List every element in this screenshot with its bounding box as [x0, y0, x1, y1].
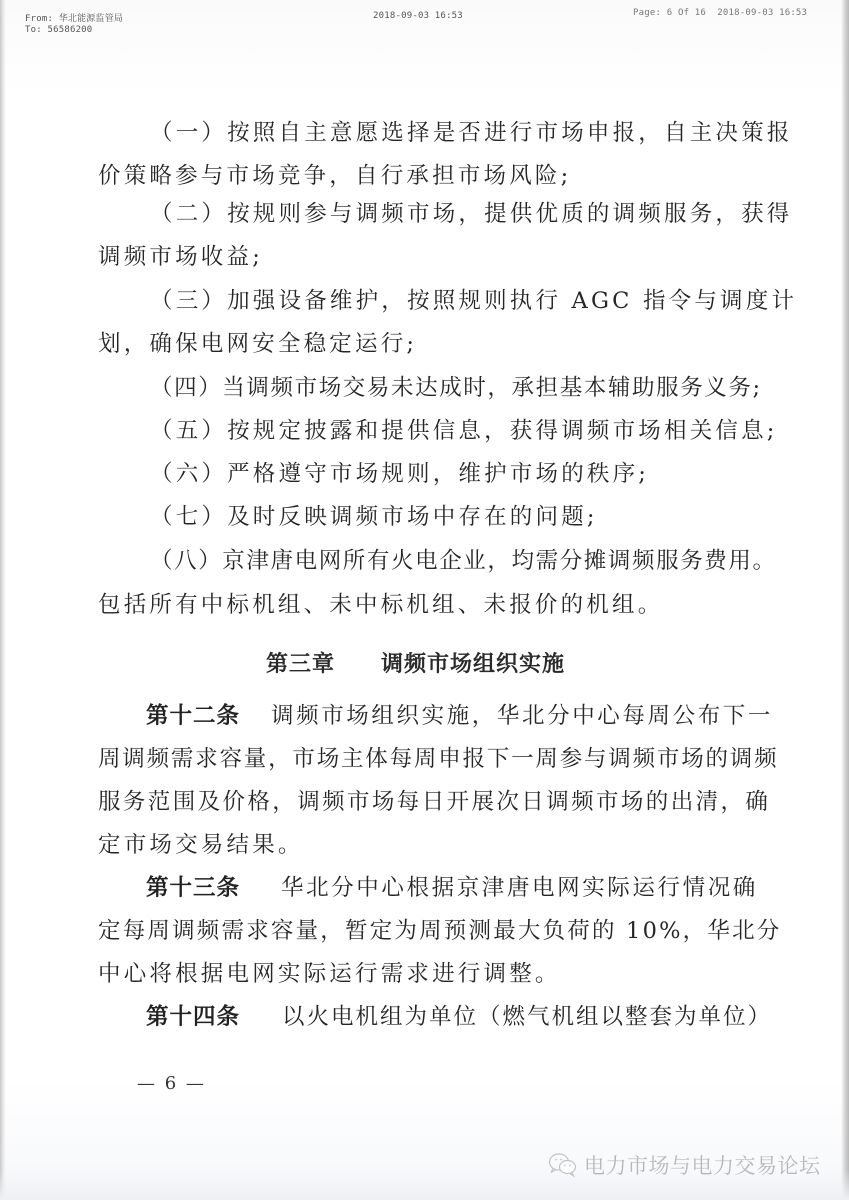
body-line: （七）及时反映调频市场中存在的问题;: [150, 504, 598, 530]
article-label: 第十三条: [146, 875, 240, 901]
article-text: 周调频需求容量，市场主体每周申报下一周参与调频市场的调频: [98, 746, 778, 772]
fax-datetime: 2018-09-03 16:53: [373, 11, 463, 21]
body-line: （六）严格遵守市场规则，维护市场的秩序;: [150, 461, 649, 487]
body-line: 包括所有中标机组、未中标机组、未报价的机组。: [98, 592, 663, 618]
scan-edge-left: [0, 0, 6, 1200]
fax-to: To: 56586200: [25, 25, 92, 35]
article-text: 调频市场组织实施，华北分中心每周公布下一: [271, 703, 773, 729]
body-line: （五）按规定披露和提供信息，获得调频市场相关信息;: [150, 418, 778, 444]
article-text: 服务范围及价格，调频市场每日开展次日调频市场的出清，确: [98, 789, 770, 815]
article-text: 定市场交易结果。: [98, 832, 304, 858]
article-label: 第十四条: [146, 1004, 240, 1030]
watermark-text: 电力市场与电力交易论坛: [584, 1150, 821, 1180]
chapter-title: 调频市场组织实施: [381, 647, 565, 678]
article-text: 华北分中心根据京津唐电网实际运行情况确: [281, 875, 758, 901]
article-text: 中心将根据电网实际运行需求进行调整。: [98, 961, 561, 987]
wechat-icon: [548, 1152, 578, 1178]
body-line: 调频市场收益;: [98, 244, 263, 270]
page-number: — 6 —: [137, 1073, 206, 1094]
body-line: 划，确保电网安全稳定运行;: [98, 331, 417, 357]
body-line: 价策略参与市场竞争，自行承担市场风险;: [98, 163, 571, 189]
body-line: （四）当调频市场交易未达成时，承担基本辅助服务义务;: [150, 375, 762, 401]
body-line: （八）京津唐电网所有火电企业，均需分摊调频服务费用。: [150, 548, 777, 574]
chapter-number: 第三章: [266, 647, 335, 678]
article-text: 定每周调频需求容量，暂定为周预测最大负荷的 10%，华北分: [98, 918, 781, 944]
scan-edge-right: [841, 0, 849, 1200]
article-text: 以火电机组为单位（燃气机组以整套为单位）: [282, 1004, 772, 1030]
body-line: （三）加强设备维护，按照规则执行 AGC 指令与调度计: [150, 288, 797, 314]
fax-from: From: 华北能源监管局: [25, 11, 123, 24]
article-label: 第十二条: [146, 703, 240, 729]
body-line: （二）按规则参与调频市场，提供优质的调频服务，获得: [150, 201, 793, 227]
document-page: From: 华北能源监管局 To: 56586200 2018-09-03 16…: [0, 0, 849, 1200]
body-line: （一）按照自主意愿选择是否进行市场申报，自主决策报: [150, 120, 793, 146]
watermark: 电力市场与电力交易论坛: [548, 1150, 821, 1180]
fax-page-info: Page: 6 Of 16 2018-09-03 16:53: [633, 8, 807, 18]
